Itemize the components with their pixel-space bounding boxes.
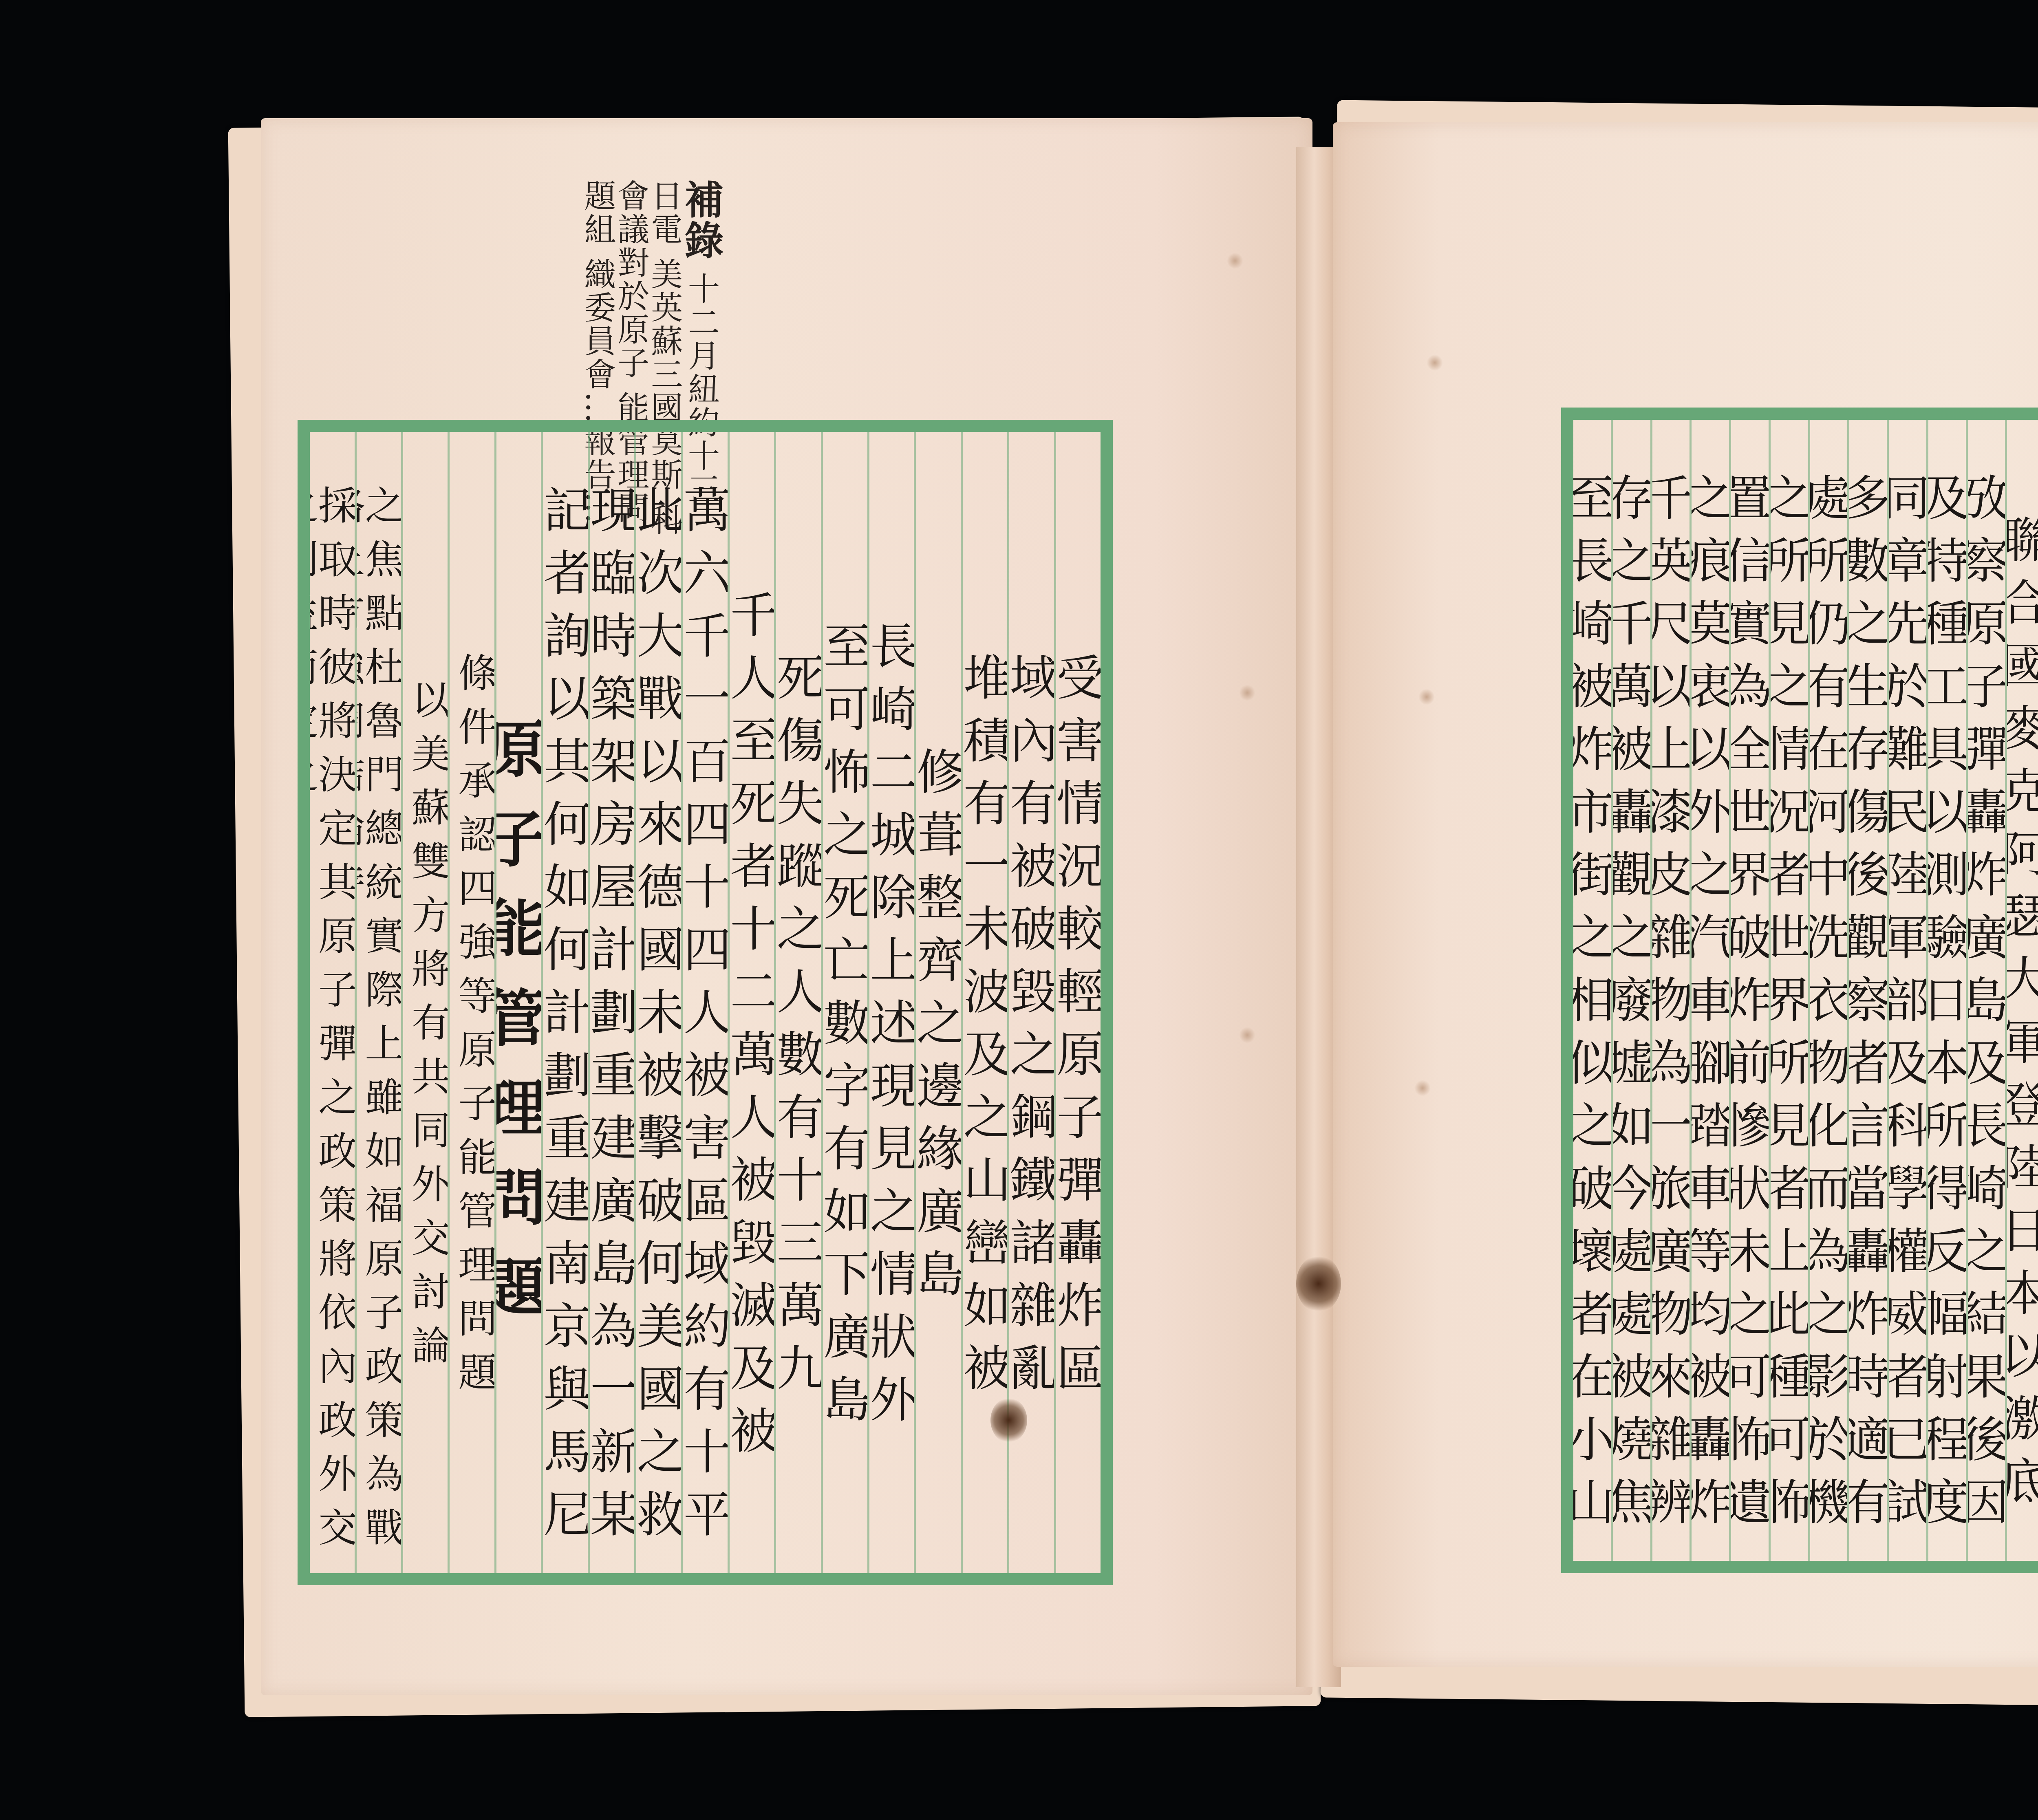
margin-note-heading: 補錄 [678, 179, 724, 261]
text-column: 以美蘇雙方將有共同外交討論 [401, 432, 448, 1573]
text-column: 聯合國麥克阿瑟大軍登陸日本以激底 [2005, 420, 2038, 1561]
text-column: 採取時彼將決定其原子彈之政策將依內政外交之利益而定之 [310, 432, 354, 1573]
text-column: 現臨時築架房屋計劃重建廣島為一新某子 [588, 432, 634, 1573]
open-manuscript-volume: 補錄 十二月紐約十三日電 美英蘇三國莫斯 科會議對於原子 能管理問題組 織委員會… [0, 0, 2038, 1820]
binding-hole [1239, 1027, 1255, 1043]
text-column: 攷察原子彈轟炸廣島及長崎之結果後因此攜防衛諸具 [1966, 420, 2005, 1561]
text-column: 條件承認四強等原子能管理問題 [448, 432, 494, 1573]
text-column: 至可怖之死亡數字有如下廣島 [821, 432, 867, 1573]
text-column: 千英尺以上漆皮雜物為一旅廣物來雜辨認前後之遺跡仍然 [1650, 420, 1690, 1561]
text-column: 千人至死者十二萬人被毀滅及被 [728, 432, 774, 1573]
binding-hole [1427, 355, 1443, 371]
left-page: 補錄 十二月紐約十三日電 美英蘇三國莫斯 科會議對於原子 能管理問題組 織委員會… [261, 118, 1312, 1695]
right-page: 理斯五萬人義門答臘九萬五千人婆羅洲三萬五千人西 利伯斯五萬五千人所羅門群島內亞四… [1333, 122, 2038, 1667]
text-column: 之痕莫衷以外之汽車腳踏車等均被轟炸震動地點於地面 [1690, 420, 1729, 1561]
text-column: 及特種工具以測驗日本所得反幅射程度之結果將並協 [1926, 420, 1966, 1561]
right-ruled-frame: 理斯五萬人義門答臘九萬五千人婆羅洲三萬五千人西 利伯斯五萬五千人所羅門群島內亞四… [1561, 408, 2038, 1573]
binding-hole [1414, 1080, 1431, 1096]
text-column: 處所仍有在河中洗衣物化而為之影於機上之足跡而於 [1808, 420, 1848, 1561]
text-column: 之焦點杜魯門總統實際上雖如福原子政策為戰略上有強調結論時 [355, 432, 401, 1573]
text-column: 此次大戰以來德國未被擊破何美國之救傷船但日本之自殺機 [634, 432, 681, 1573]
left-ruled-frame: 受害情況較輕原子彈轟炸區 域內有被破毀之鋼鐵諸雜亂 堆積有一未波及之山巒如被 修… [298, 420, 1113, 1585]
ink-stain [1296, 1255, 1341, 1312]
text-column: 至長崎被炸市街之相似之破壞者在小山市區其未被區法 [1573, 420, 1611, 1561]
text-column: 修葺整齊之邊緣廣島 [914, 432, 960, 1573]
section-title: 原子能管理問題 [494, 432, 541, 1573]
text-column: 存之千萬被轟觀之廢墟如今處處被燒焦之依地所來被轟擊 [1611, 420, 1650, 1561]
binding-hole [1418, 689, 1435, 705]
text-column: 記者詢以其何如何計劃重建南京與馬尼剌耶 [541, 432, 587, 1573]
binding-hole [1239, 685, 1255, 701]
binding-hole [1227, 253, 1243, 269]
text-column: 之所見之情況者世界所見者上此種可怖之現象當之日人身上留於 [1769, 420, 1808, 1561]
text-column: 長崎二城除上述現見之情狀外 [867, 432, 914, 1573]
text-column: 置信實為全世界破炸前慘狀未之可怖遺跡非原子彈爆炸 [1729, 420, 1769, 1561]
text-column: 死傷失蹤之人數有十三萬九 [774, 432, 820, 1573]
text-column: 受害情況較輕原子彈轟炸區 [1054, 432, 1101, 1573]
text-column: 多數之生存傷後觀察者言當轟炸時適有日人步行某 [1847, 420, 1887, 1561]
text-column: 萬六千一百四十四人被害區域約有十平方英里被毀建築物一 [681, 432, 727, 1573]
ink-stain [990, 1398, 1027, 1443]
text-column: 同章先於難民陸軍部及科學權威者已試驗日本所稱 [1887, 420, 1926, 1561]
